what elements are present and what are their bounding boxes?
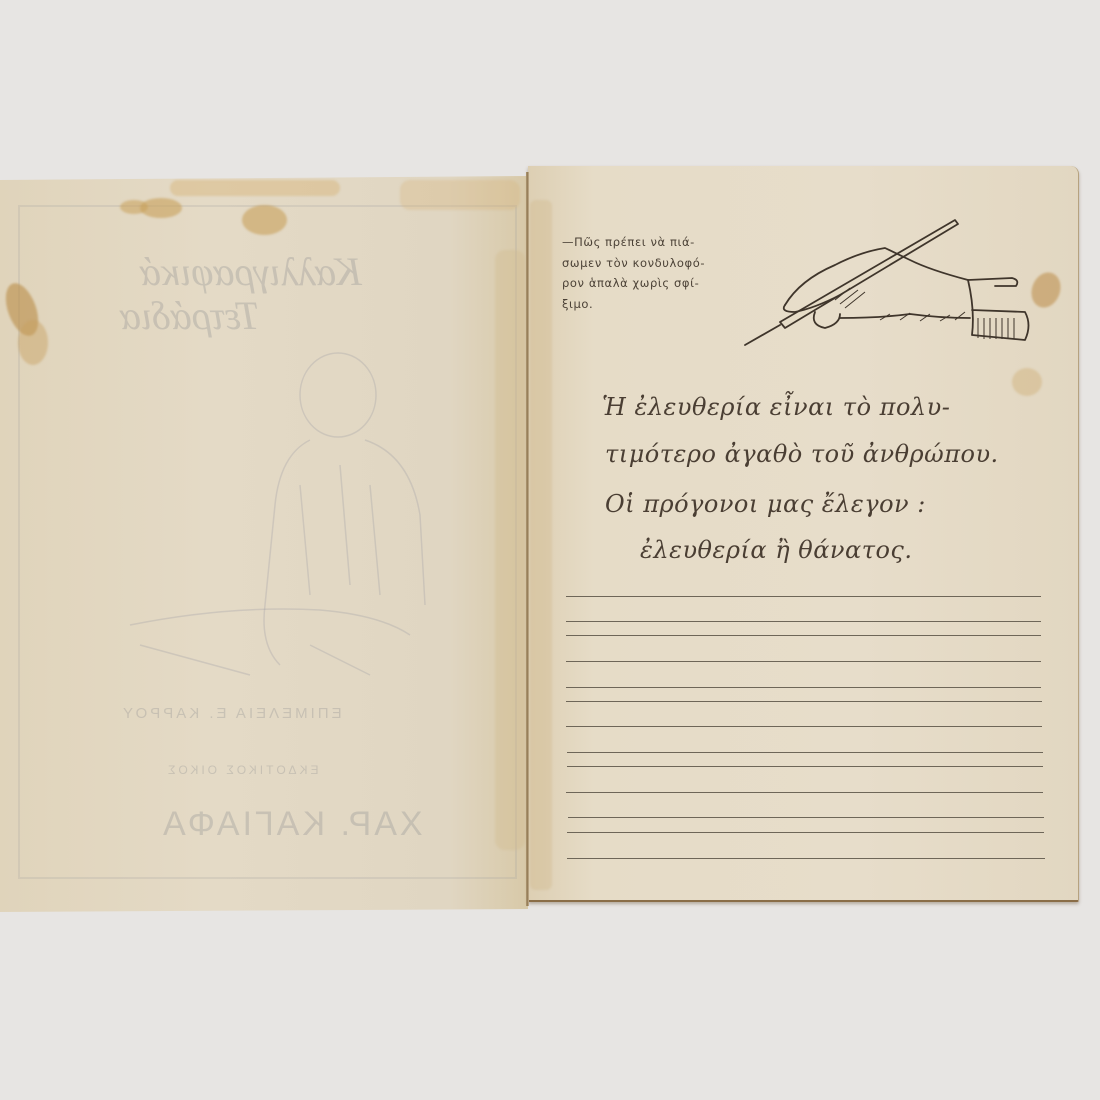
model-text-line: Ἡ ἐλευθερία εἶναι τὸ πολυ-	[602, 393, 950, 421]
stain	[170, 180, 340, 196]
stain	[18, 320, 48, 365]
book-spine	[526, 172, 529, 906]
stain	[242, 205, 287, 235]
model-text-line: Οἱ πρόγονοι μας ἔλεγον :	[605, 490, 926, 518]
ruled-line	[566, 621, 1041, 622]
stain	[400, 180, 520, 210]
show-through-publisher-label: ΕΚΔΟΤΙΚΟΣ ΟΙΚΟΣ	[165, 763, 319, 777]
pen-holding-instruction: —Πῶς πρέπει νὰ πιά- σωμεν τὸν κονδυλοφό-…	[562, 232, 762, 314]
stain	[140, 198, 182, 218]
hand-holding-pen-icon	[740, 200, 1040, 360]
ruled-line	[568, 817, 1044, 818]
instruction-line: ξιμο.	[562, 294, 762, 315]
ruled-line	[566, 701, 1042, 702]
model-text-line: τιμότερο ἀγαθὸ τοῦ ἀνθρώπου.	[605, 440, 999, 468]
show-through-title-line-2: Τετράδια	[120, 292, 260, 339]
stain	[495, 250, 525, 850]
instruction-line: σωμεν τὸν κονδυλοφό-	[562, 253, 762, 274]
ruled-line	[567, 752, 1043, 753]
show-through-editor: ΕΠΙΜΕΛΕΙΑ Ε. ΚΑΡΡΟΥ	[120, 705, 342, 722]
model-text-line: ἐλευθερία ἢ θάνατος.	[640, 536, 913, 564]
ruled-line	[566, 596, 1041, 597]
show-through-title-line-1: Καλλιγραφικά	[140, 248, 362, 295]
stain	[1012, 368, 1042, 396]
ruled-line	[566, 726, 1042, 727]
ruled-line	[566, 792, 1043, 793]
show-through-publisher: ΧΑΡ. ΚΑΓΙΑΦΑ	[160, 805, 423, 844]
instruction-line: —Πῶς πρέπει νὰ πιά-	[562, 232, 762, 253]
ruled-line	[566, 635, 1041, 636]
ruled-line	[567, 858, 1045, 859]
ruled-line	[567, 832, 1044, 833]
ruled-line	[567, 766, 1043, 767]
show-through-portrait	[110, 345, 430, 685]
instruction-line: ρον ἁπαλὰ χωρὶς σφί-	[562, 273, 762, 294]
ruled-line	[566, 661, 1041, 662]
ruled-line	[566, 687, 1041, 688]
stain	[530, 200, 552, 890]
